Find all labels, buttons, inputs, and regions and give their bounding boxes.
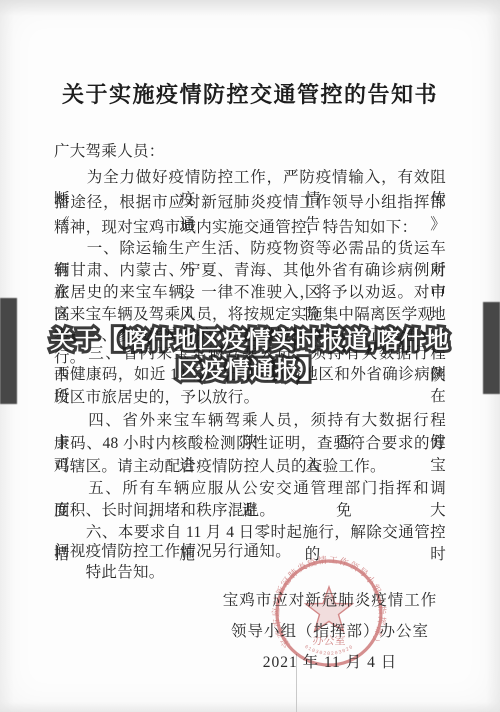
signature-date: 2021 年 11 月 4 日: [222, 650, 438, 672]
document-title: 关于实施疫情防控交通管控的告知书: [0, 78, 500, 109]
signature-line-1: 宝鸡市应对新冠肺炎疫情工作: [222, 588, 438, 610]
document-photo: 关于实施疫情防控交通管控的告知书 广大驾乘人员： 为全力做好疫情防控工作，严防疫…: [0, 0, 500, 712]
document-line: 面积、长时间拥堵和秩序混乱。: [54, 500, 446, 522]
document-line: 广大驾乘人员：: [54, 141, 446, 163]
caption-line-2: 区疫情通报】: [0, 356, 500, 386]
signature-block: 宝鸡市应对新冠肺炎疫情工作 领导小组（指挥部）办公室 2021 年 11 月 4…: [222, 588, 438, 681]
caption-overlay: 关于【喀什地区疫情实时报道,喀什地 区疫情通报】 关于【喀什地区疫情实时报道,喀…: [0, 326, 500, 386]
document-line: 精神，现对宝鸡市域内实施交通管控，特告知如下：: [54, 217, 446, 239]
caption-line-1: 关于【喀什地区疫情实时报道,喀什地: [0, 326, 500, 356]
document-line: 设区市旅居史的，予以放行。: [54, 387, 446, 409]
caption-text-layer: 关于【喀什地区疫情实时报道,喀什地 区疫情通报】: [0, 326, 500, 386]
signature-line-2: 领导小组（指挥部）办公室: [222, 619, 438, 641]
document-line: 鸡辖区。请主动配合疫情防控人员的查验工作。: [54, 456, 446, 478]
